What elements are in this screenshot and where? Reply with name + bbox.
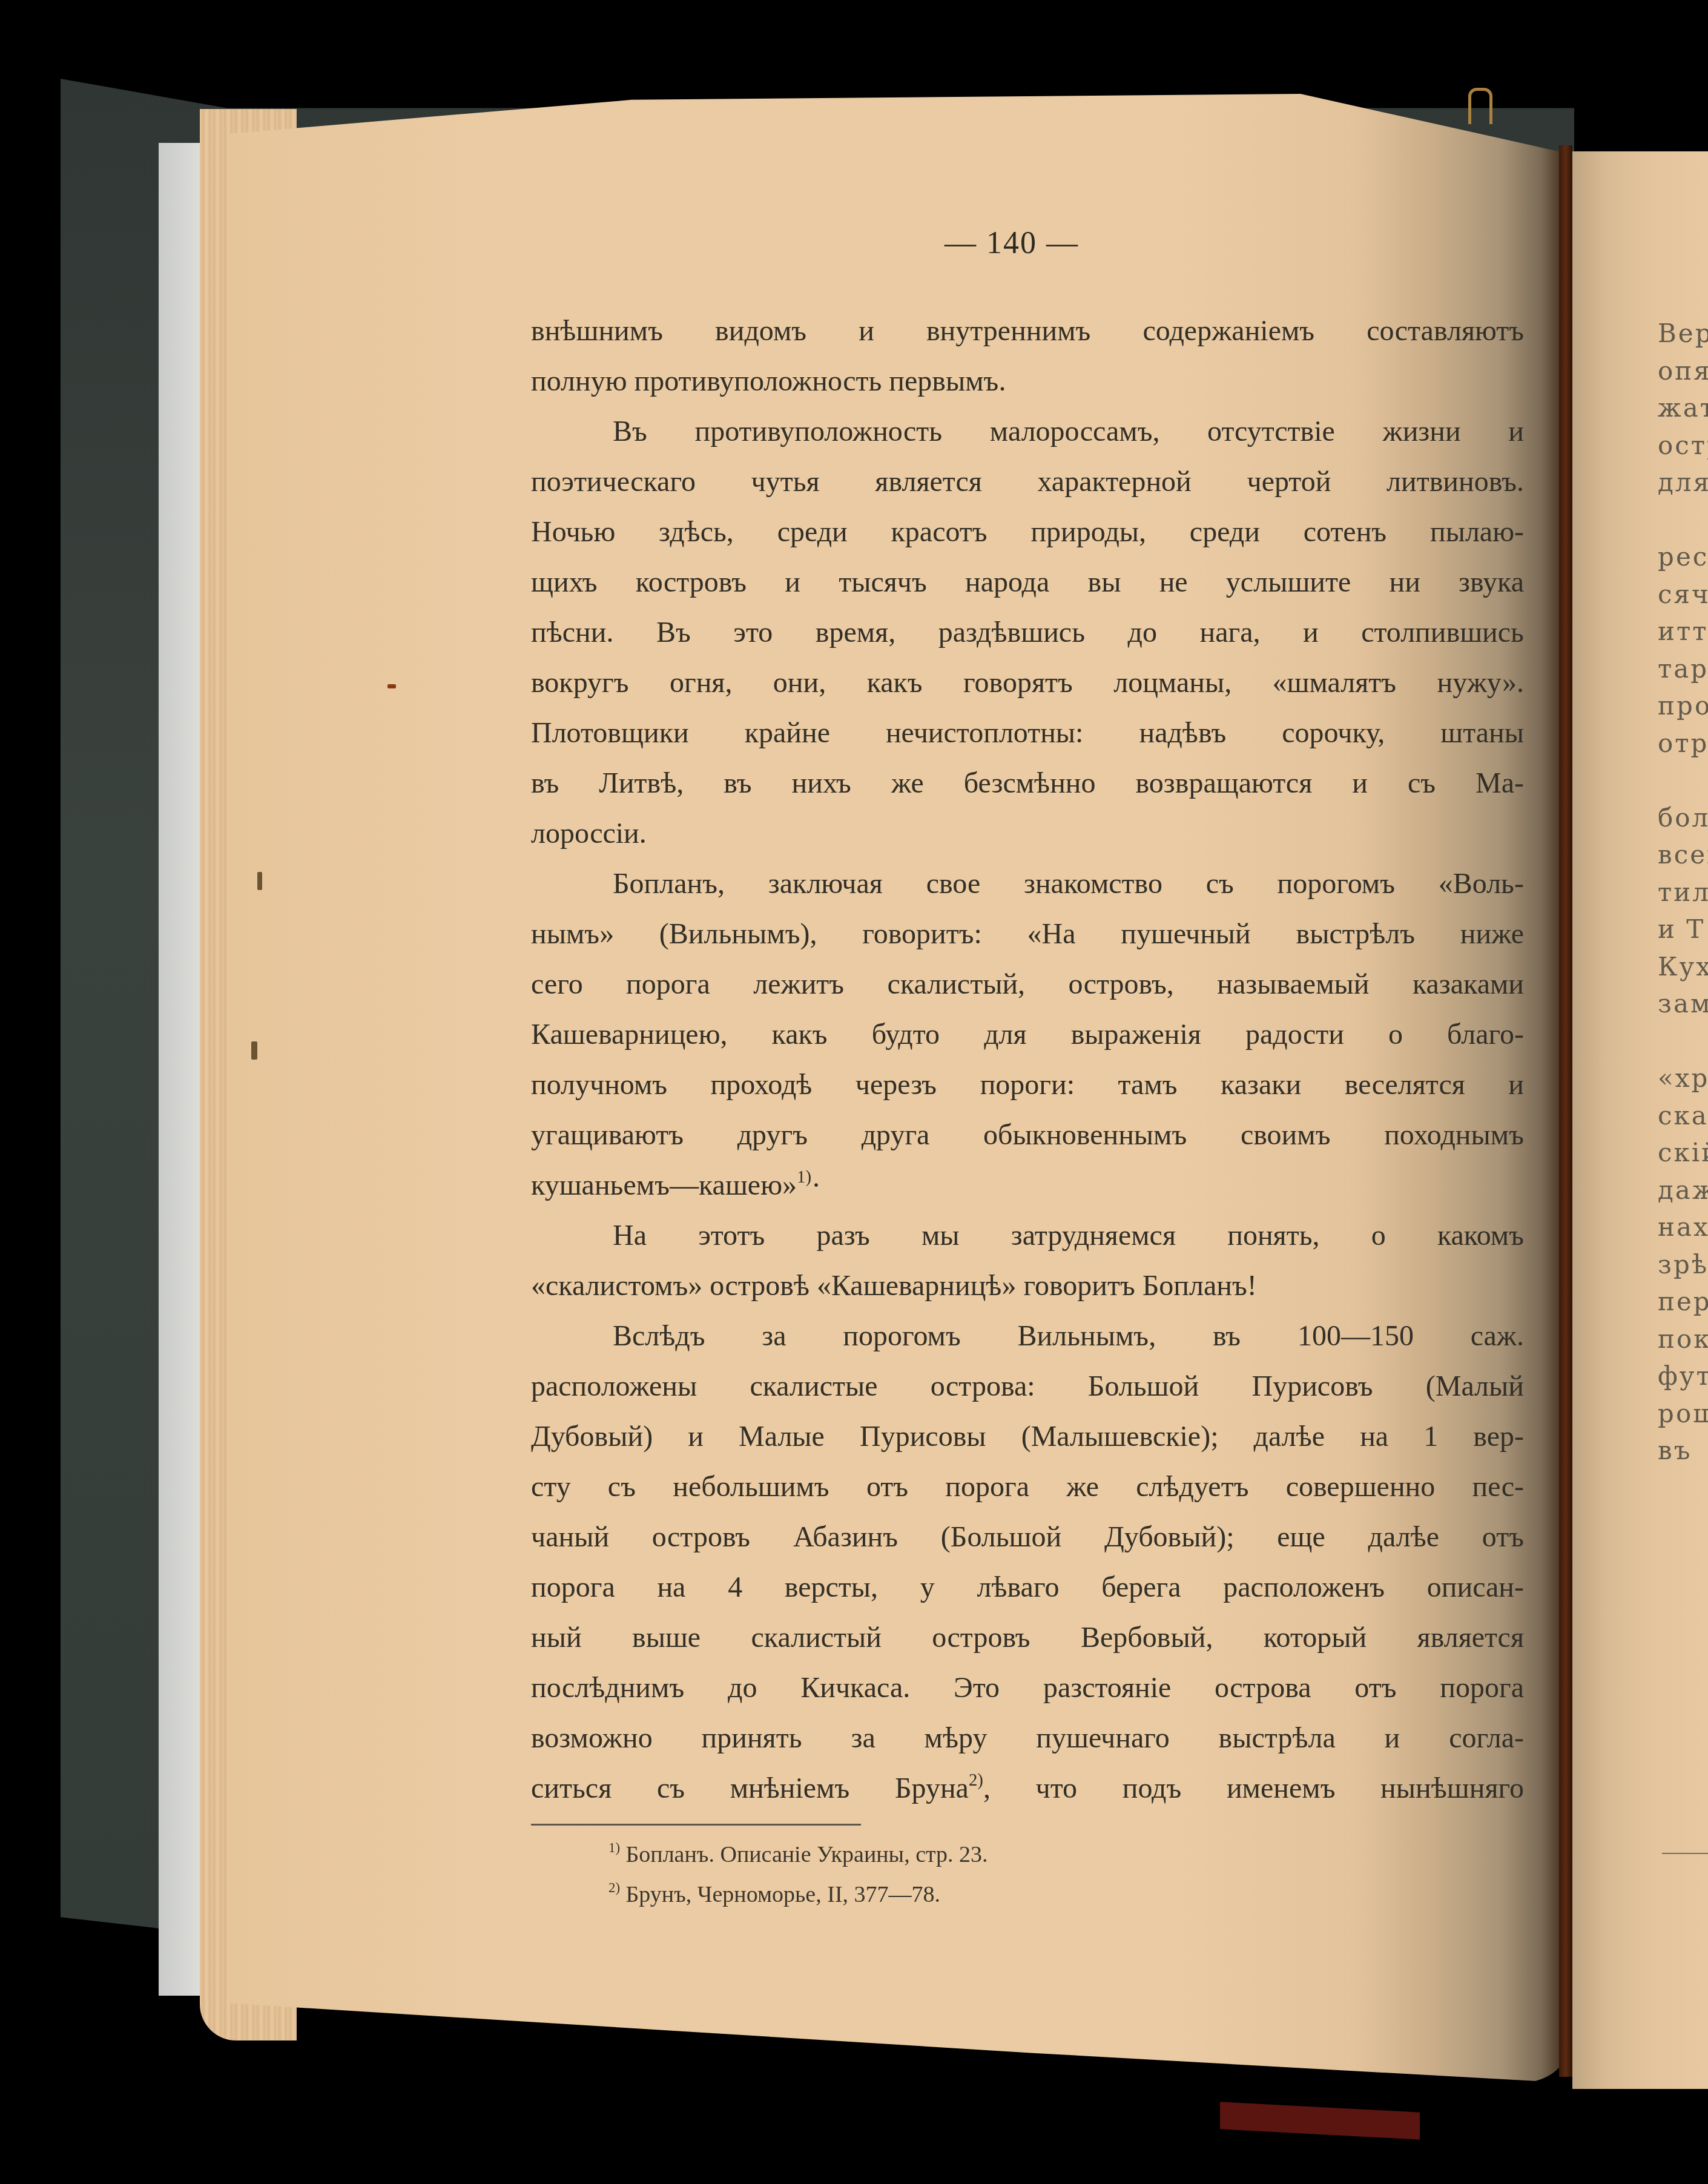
line-text: сту съ небольшимъ отъ порога же слѣдуетъ… xyxy=(531,1471,1524,1503)
footnote-separator xyxy=(531,1824,861,1826)
facing-page-line: рест xyxy=(1658,538,1708,576)
line-text: вокругъ огня, они, какъ говорятъ лоцманы… xyxy=(531,667,1524,699)
line-text: въ Литвѣ, въ нихъ же безсмѣнно возвращаю… xyxy=(531,767,1524,799)
line-text: получномъ проходѣ черезъ пороги: тамъ ка… xyxy=(531,1069,1524,1101)
page-number: — 140 — xyxy=(945,225,1079,261)
facing-page-line: про xyxy=(1658,687,1708,725)
line-text: чаный островъ Абазинъ (Большой Дубовый);… xyxy=(531,1521,1524,1553)
text-line: щихъ костровъ и тысячъ народа вы не услы… xyxy=(531,557,1524,607)
line-text: Дубовый) и Малые Пурисовы (Малышевскіе);… xyxy=(531,1420,1524,1453)
bookmark-ribbon xyxy=(1468,88,1492,124)
facing-page-gap xyxy=(1658,1023,1708,1060)
text-line: полную противуположность первымъ. xyxy=(531,356,1524,406)
line-text: Плотовщики крайне нечистоплотны: надѣвъ … xyxy=(531,717,1524,749)
facing-page-line: скій xyxy=(1658,1134,1708,1172)
facing-page-line: и Т xyxy=(1658,911,1708,948)
facing-page-line: отр xyxy=(1658,725,1708,762)
text-line: возможно принять за мѣру пушечнаго выстр… xyxy=(531,1713,1524,1763)
footnote: 2) Брунъ, Черноморье, II, 377—78. xyxy=(608,1875,988,1915)
text-line: въ Литвѣ, въ нихъ же безсмѣнно возвращаю… xyxy=(531,758,1524,808)
line-text: внѣшнимъ видомъ и внутреннимъ содержаніе… xyxy=(531,315,1524,347)
text-line: Кашеварницею, какъ будто для выраженія р… xyxy=(531,1009,1524,1060)
text-line: сту съ небольшимъ отъ порога же слѣдуетъ… xyxy=(531,1462,1524,1512)
facing-page-footnote-separator xyxy=(1662,1853,1708,1854)
line-text: Бопланъ, заключая свое знакомство съ пор… xyxy=(613,868,1524,900)
headband xyxy=(1220,2102,1420,2139)
text-line: Бопланъ, заключая свое знакомство съ пор… xyxy=(531,859,1524,909)
text-line: Дубовый) и Малые Пурисовы (Малышевскіе);… xyxy=(531,1411,1524,1462)
facing-page-line: даж xyxy=(1658,1172,1708,1209)
text-line: чаный островъ Абазинъ (Большой Дубовый);… xyxy=(531,1512,1524,1562)
text-line: внѣшнимъ видомъ и внутреннимъ содержаніе… xyxy=(531,306,1524,356)
facing-page-line: итти xyxy=(1658,613,1708,650)
line-text: расположены скалистые острова: Большой П… xyxy=(531,1370,1524,1402)
text-line: пѣсни. Въ это время, раздѣвшись до нага,… xyxy=(531,607,1524,658)
book-gutter xyxy=(1559,145,1572,2077)
body-text: внѣшнимъ видомъ и внутреннимъ содержаніе… xyxy=(531,306,1524,1813)
footnote: 1) Бопланъ. Описаніе Украины, стр. 23. xyxy=(608,1835,988,1875)
line-text: «скалистомъ» островѣ «Кашеварницѣ» говор… xyxy=(531,1270,1257,1302)
line-text: лороссіи. xyxy=(531,817,647,850)
facing-page-line: «хр xyxy=(1658,1060,1708,1097)
footnote-text: Брунъ, Черноморье, II, 377—78. xyxy=(620,1882,940,1907)
facing-page-line: зам xyxy=(1658,985,1708,1023)
facing-page-text: Веропятжатострдлярестсячеиттитаріпроотрб… xyxy=(1658,315,1708,1470)
text-line: расположены скалистые острова: Большой П… xyxy=(531,1361,1524,1411)
facing-page-line: ска xyxy=(1658,1097,1708,1135)
facing-page-line: пок xyxy=(1658,1321,1708,1358)
line-text: пѣсни. Въ это время, раздѣвшись до нага,… xyxy=(531,616,1524,648)
text-line: На этотъ разъ мы затрудняемся понять, о … xyxy=(531,1210,1524,1261)
line-text: порога на 4 версты, у лѣваго берега расп… xyxy=(531,1571,1524,1603)
facing-page-line: Кух xyxy=(1658,948,1708,986)
facing-page-line: нах xyxy=(1658,1209,1708,1246)
text-line: Въ противуположность малороссамъ, отсутс… xyxy=(531,406,1524,457)
text-line: лороссіи. xyxy=(531,808,1524,859)
facing-page-line: жат xyxy=(1658,389,1708,427)
line-text: поэтическаго чутья является характерной … xyxy=(531,466,1524,498)
line-text-continued: , что подъ именемъ нынѣшняго xyxy=(983,1772,1524,1804)
facing-page-line: въ xyxy=(1658,1432,1708,1470)
facing-page-line: сяче xyxy=(1658,576,1708,613)
facing-page-line: тарі xyxy=(1658,650,1708,688)
footnotes: 1) Бопланъ. Описаніе Украины, стр. 23.2)… xyxy=(608,1835,988,1915)
facing-page-line: бол xyxy=(1658,799,1708,837)
line-text: ный выше скалистый островъ Вербовый, кот… xyxy=(531,1622,1524,1654)
line-text: Кашеварницею, какъ будто для выраженія р… xyxy=(531,1018,1524,1051)
text-line: порога на 4 версты, у лѣваго берега расп… xyxy=(531,1562,1524,1612)
text-line: поэтическаго чутья является характерной … xyxy=(531,457,1524,507)
footnote-ref: 2) xyxy=(969,1770,983,1790)
facing-page-line: пер xyxy=(1658,1283,1708,1321)
text-line: Плотовщики крайне нечистоплотны: надѣвъ … xyxy=(531,708,1524,758)
facing-page-line: зрѣ xyxy=(1658,1246,1708,1284)
line-text: кушаньемъ—кашею» xyxy=(531,1169,797,1201)
text-line: сего порога лежитъ скалистый, островъ, н… xyxy=(531,959,1524,1009)
line-text: сего порога лежитъ скалистый, островъ, н… xyxy=(531,968,1524,1000)
facing-page-line: всем xyxy=(1658,836,1708,874)
facing-page-line: тилт xyxy=(1658,874,1708,911)
line-text: Въ противуположность малороссамъ, отсутс… xyxy=(613,415,1524,447)
line-text: Ночью здѣсь, среди красотъ природы, сред… xyxy=(531,516,1524,548)
facing-page-gap xyxy=(1658,762,1708,799)
text-line: «скалистомъ» островѣ «Кашеварницѣ» говор… xyxy=(531,1261,1524,1311)
facing-page-line: рош xyxy=(1658,1395,1708,1433)
line-text-continued: · xyxy=(811,1169,821,1201)
line-text: послѣднимъ до Кичкаса. Это разстояніе ос… xyxy=(531,1672,1524,1704)
ink-stain xyxy=(387,684,396,688)
facing-page-line: опят xyxy=(1658,352,1708,390)
facing-page-gap xyxy=(1658,501,1708,539)
text-line: угащиваютъ другъ друга обыкновеннымъ сво… xyxy=(531,1110,1524,1160)
line-text: На этотъ разъ мы затрудняемся понять, о … xyxy=(613,1219,1524,1252)
margin-mark xyxy=(257,872,262,890)
text-line: ситься съ мнѣніемъ Бруна2), что подъ име… xyxy=(531,1763,1524,1813)
facing-page-line: фут xyxy=(1658,1358,1708,1395)
footnote-marker: 1) xyxy=(608,1840,620,1855)
text-line: вокругъ огня, они, какъ говорятъ лоцманы… xyxy=(531,658,1524,708)
footnote-ref: 1) xyxy=(797,1167,811,1187)
text-line: получномъ проходѣ черезъ пороги: тамъ ка… xyxy=(531,1060,1524,1110)
line-text: угащиваютъ другъ друга обыкновеннымъ сво… xyxy=(531,1119,1524,1151)
text-line: Вслѣдъ за порогомъ Вильнымъ, въ 100—150 … xyxy=(531,1311,1524,1361)
facing-page-line: остр xyxy=(1658,427,1708,464)
margin-mark xyxy=(251,1041,257,1060)
text-line: Ночью здѣсь, среди красотъ природы, сред… xyxy=(531,507,1524,557)
line-text: Вслѣдъ за порогомъ Вильнымъ, въ 100—150 … xyxy=(613,1320,1524,1352)
line-text: ситься съ мнѣніемъ Бруна xyxy=(531,1772,969,1804)
footnote-marker: 2) xyxy=(608,1880,620,1895)
text-line: послѣднимъ до Кичкаса. Это разстояніе ос… xyxy=(531,1663,1524,1713)
facing-page-line: для xyxy=(1658,464,1708,501)
text-line: кушаньемъ—кашею»1)· xyxy=(531,1160,1524,1210)
line-text: нымъ» (Вильнымъ), говоритъ: «На пушечный… xyxy=(531,918,1524,950)
line-text: полную противуположность первымъ. xyxy=(531,365,1006,397)
line-text: щихъ костровъ и тысячъ народа вы не услы… xyxy=(531,566,1524,598)
line-text: возможно принять за мѣру пушечнаго выстр… xyxy=(531,1722,1524,1754)
footnote-text: Бопланъ. Описаніе Украины, стр. 23. xyxy=(620,1842,988,1867)
text-line: ный выше скалистый островъ Вербовый, кот… xyxy=(531,1612,1524,1663)
facing-page-line: Вер xyxy=(1658,315,1708,352)
text-line: нымъ» (Вильнымъ), говоритъ: «На пушечный… xyxy=(531,909,1524,959)
